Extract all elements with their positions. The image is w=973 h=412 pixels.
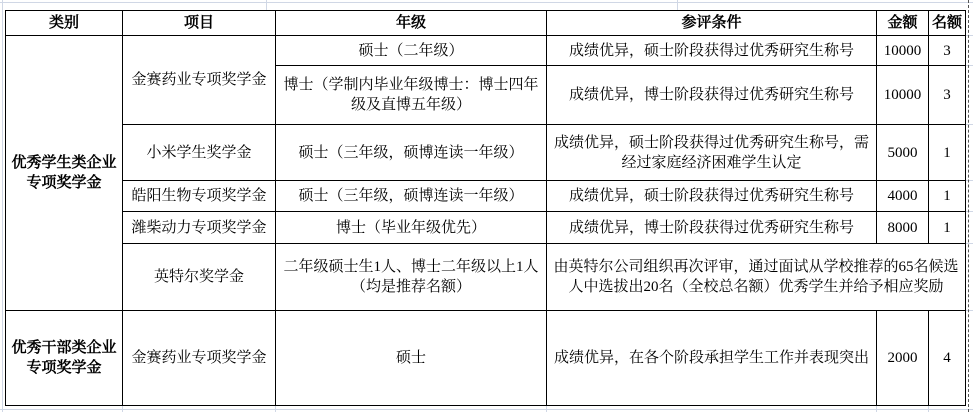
header-cell-quota[interactable]: 名额 <box>929 11 966 36</box>
sheet-gridline <box>266 0 267 10</box>
sheet-gridline <box>2 0 3 412</box>
cell-amount[interactable]: 4000 <box>877 181 929 212</box>
cell-project[interactable]: 小米学生奖学金 <box>123 125 276 181</box>
cell-grade[interactable]: 硕士（三年级，硕博连读一年级） <box>276 181 547 212</box>
cell-project[interactable]: 潍柴动力专项奖学金 <box>123 212 276 244</box>
cell-quota[interactable]: 3 <box>929 36 966 66</box>
cell-grade[interactable]: 硕士（三年级，硕博连读一年级） <box>276 125 547 181</box>
header-cell-amount[interactable]: 金额 <box>877 11 929 36</box>
sheet-gridline <box>965 180 973 181</box>
table-header-row: 类别 项目 年级 参评条件 金额 名额 <box>6 11 966 36</box>
sheet-gridline <box>928 405 929 412</box>
sheet-gridline <box>275 405 276 412</box>
cell-amount[interactable]: 8000 <box>877 212 929 244</box>
header-cell-project[interactable]: 项目 <box>123 11 276 36</box>
table-row: 皓阳生物专项奖学金 硕士（三年级，硕博连读一年级） 成绩优异，硕士阶段获得过优秀… <box>6 181 966 212</box>
cell-category-student[interactable]: 优秀学生类企业专项奖学金 <box>6 36 123 311</box>
cell-project[interactable]: 金赛药业专项奖学金 <box>123 36 276 125</box>
sheet-gridline <box>546 405 547 412</box>
cell-project[interactable]: 金赛药业专项奖学金 <box>123 311 276 406</box>
cell-grade[interactable]: 博士（毕业年级优先） <box>276 212 547 244</box>
scholarship-table: 类别 项目 年级 参评条件 金额 名额 优秀学生类企业专项奖学金 金赛药业专项奖… <box>5 10 966 406</box>
cell-category-cadre[interactable]: 优秀干部类企业专项奖学金 <box>6 311 123 406</box>
header-cell-grade[interactable]: 年级 <box>276 11 547 36</box>
cell-quota[interactable]: 3 <box>929 66 966 125</box>
cell-amount[interactable]: 2000 <box>877 311 929 406</box>
cell-criteria[interactable]: 成绩优异，硕士阶段获得过优秀研究生称号 <box>547 181 877 212</box>
sheet-gridline <box>876 405 877 412</box>
header-cell-criteria[interactable]: 参评条件 <box>547 11 877 36</box>
spreadsheet-canvas: 类别 项目 年级 参评条件 金额 名额 优秀学生类企业专项奖学金 金赛药业专项奖… <box>0 0 973 412</box>
sheet-gridline <box>965 243 973 244</box>
sheet-gridline <box>965 211 973 212</box>
sheet-gridline <box>965 124 973 125</box>
cell-criteria[interactable]: 成绩优异，硕士阶段获得过优秀研究生称号，需经过家庭经济困难学生认定 <box>547 125 877 181</box>
cell-quota[interactable]: 1 <box>929 212 966 244</box>
cell-quota[interactable]: 1 <box>929 125 966 181</box>
sheet-gridline <box>965 65 973 66</box>
table-row: 潍柴动力专项奖学金 博士（毕业年级优先） 成绩优异，博士阶段获得过优秀研究生称号… <box>6 212 966 244</box>
header-cell-category[interactable]: 类别 <box>6 11 123 36</box>
table-row: 优秀学生类企业专项奖学金 金赛药业专项奖学金 硕士（二年级） 成绩优异，硕士阶段… <box>6 36 966 66</box>
cell-project[interactable]: 英特尔奖学金 <box>123 244 276 311</box>
sheet-gridline <box>965 35 973 36</box>
cell-amount[interactable]: 10000 <box>877 66 929 125</box>
cell-criteria[interactable]: 成绩优异，硕士阶段获得过优秀研究生称号 <box>547 36 877 66</box>
cell-amount[interactable]: 10000 <box>877 36 929 66</box>
table-row: 优秀干部类企业专项奖学金 金赛药业专项奖学金 硕士 成绩优异，在各个阶段承担学生… <box>6 311 966 406</box>
cell-criteria[interactable]: 成绩优异，在各个阶段承担学生工作并表现突出 <box>547 311 877 406</box>
cell-criteria-merged[interactable]: 由英特尔公司组织再次评审，通过面试从学校推荐的65名候选人中选拔出20名（全校总… <box>547 244 966 311</box>
cell-criteria[interactable]: 成绩优异，博士阶段获得过优秀研究生称号 <box>547 66 877 125</box>
sheet-gridline <box>0 2 973 3</box>
table-row: 英特尔奖学金 二年级硕士生1人、博士二年级以上1人（均是推荐名额） 由英特尔公司… <box>6 244 966 311</box>
sheet-gridline <box>122 405 123 412</box>
cell-project[interactable]: 皓阳生物专项奖学金 <box>123 181 276 212</box>
page-break-dashed-line <box>968 0 969 412</box>
sheet-gridline <box>677 0 678 10</box>
cell-criteria[interactable]: 成绩优异，博士阶段获得过优秀研究生称号 <box>547 212 877 244</box>
cell-quota[interactable]: 1 <box>929 181 966 212</box>
cell-grade[interactable]: 硕士（二年级） <box>276 36 547 66</box>
table-row: 小米学生奖学金 硕士（三年级，硕博连读一年级） 成绩优异，硕士阶段获得过优秀研究… <box>6 125 966 181</box>
cell-grade[interactable]: 硕士 <box>276 311 547 406</box>
cell-grade[interactable]: 博士（学制内毕业年级博士：博士四年级及直博五年级） <box>276 66 547 125</box>
sheet-gridline <box>0 409 973 410</box>
cell-amount[interactable]: 5000 <box>877 125 929 181</box>
cell-quota[interactable]: 4 <box>929 311 966 406</box>
sheet-gridline <box>965 310 973 311</box>
cell-grade[interactable]: 二年级硕士生1人、博士二年级以上1人（均是推荐名额） <box>276 244 547 311</box>
